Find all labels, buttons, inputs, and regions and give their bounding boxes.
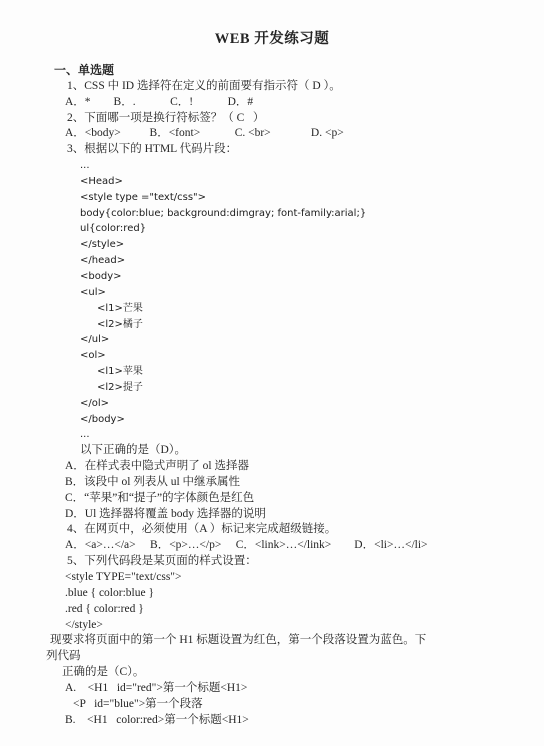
paragraph-line: 现要求将页面中的第一个 H1 标题设置为红色，第一个段落设置为蓝色。下 [50, 633, 530, 649]
answer-option-line: A. <H1 id="red">第一个标题<H1> [65, 681, 530, 697]
question-line: 5、下列代码段是某页面的样式设置： [67, 554, 530, 570]
question-line: 4、在网页中，必须使用（A ）标记来完成超级链接。 [67, 522, 530, 538]
code-line: <l1>苹果 [97, 364, 530, 380]
code-line: ul{color:red} [80, 221, 530, 237]
code-line: ... [80, 427, 530, 443]
answer-option-line: B. <H1 color:red>第一个标题<H1> [65, 713, 530, 729]
options-line: A．在样式表中隐式声明了 ol 选择器 [65, 459, 530, 475]
code-line: </head> [80, 253, 530, 269]
code-line: <l1>芒果 [97, 301, 530, 317]
code-line: <l2>提子 [97, 380, 530, 396]
document-page: WEB 开发练习题 一、单选题1、CSS 中 ID 选择符在定义的前面要有指示符… [0, 0, 544, 746]
question-line: 1、CSS 中 ID 选择符在定义的前面要有指示符（ D ）。 [67, 79, 530, 95]
code-line: <Head> [80, 174, 530, 190]
options-line: A．* B．. C．! D．# [65, 95, 530, 111]
code-line: </style> [80, 237, 530, 253]
code-line: </body> [80, 412, 530, 428]
code-line: .blue { color:blue } [65, 586, 530, 602]
answer-intro-line: 正确的是（C）。 [62, 665, 530, 681]
code-line: </style> [65, 618, 530, 634]
document-title: WEB 开发练习题 [0, 0, 544, 48]
code-line: ... [80, 158, 530, 174]
paragraph-line: 列代码 [46, 649, 530, 665]
code-line: <style TYPE="text/css"> [65, 570, 530, 586]
question-line: 3、根据以下的 HTML 代码片段： [67, 142, 530, 158]
code-line: <l2>橘子 [97, 317, 530, 333]
code-line: .red { color:red } [65, 602, 530, 618]
options-line: A．<a>…</a> B．<p>…</p> C．<link>…</link> D… [65, 538, 530, 554]
code-line: </ul> [80, 332, 530, 348]
options-line: A．<body> B．<font> C. <br> D. <p> [65, 126, 530, 142]
code-line: </ol> [80, 396, 530, 412]
options-line: D．Ul 选择器将覆盖 body 选择器的说明 [65, 507, 530, 523]
options-line: C．“苹果”和“提子”的字体颜色是红色 [65, 491, 530, 507]
code-line: <ol> [80, 348, 530, 364]
code-line: <ul> [80, 285, 530, 301]
section-heading: 一、单选题 [54, 63, 530, 79]
code-line: <style type ="text/css"> [80, 190, 530, 206]
answer-option-line: <P id="blue">第一个段落 [73, 697, 530, 713]
code-line: body{color:blue; background:dimgray; fon… [80, 206, 530, 222]
answer-intro-line: 以下正确的是（D）。 [80, 443, 530, 459]
options-line: B．该段中 ol 列表从 ul 中继承属性 [65, 475, 530, 491]
document-body: 一、单选题1、CSS 中 ID 选择符在定义的前面要有指示符（ D ）。A．* … [0, 63, 544, 728]
question-line: 2、下面哪一项是换行符标签？（ C ） [67, 111, 530, 127]
code-line: <body> [80, 269, 530, 285]
